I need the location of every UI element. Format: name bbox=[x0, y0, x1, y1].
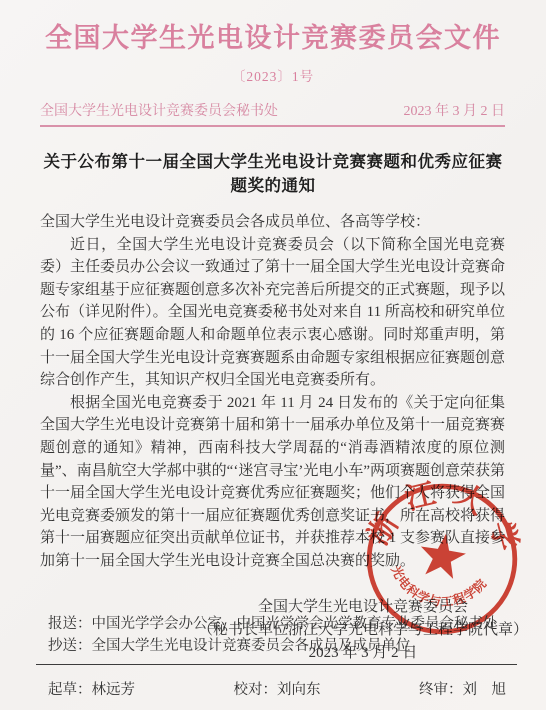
document-title: 全国大学生光电设计竞赛委员会文件 bbox=[0, 16, 546, 55]
issuer-row: 全国大学生光电设计竞赛委员会秘书处 2023 年 3 月 2 日 bbox=[40, 100, 505, 127]
issuer-name: 全国大学生光电设计竞赛委员会秘书处 bbox=[40, 100, 278, 120]
footer-credits: 起草：林远芳 校对：刘向东 终审：刘 旭 bbox=[40, 678, 512, 699]
document-page: 全国大学生光电设计竞赛委员会文件 〔2023〕1号 全国大学生光电设计竞赛委员会… bbox=[0, 0, 546, 710]
proofreader: 校对：刘向东 bbox=[234, 678, 321, 699]
document-number: 〔2023〕1号 bbox=[0, 65, 546, 85]
salutation-line: 全国大学生光电设计竞赛委员会各成员单位、各高等学校： bbox=[40, 211, 505, 234]
notice-title: 关于公布第十一届全国大学生光电设计竞赛赛题和优秀应征赛题奖的通知 bbox=[38, 148, 508, 196]
body-paragraph: 根据全国光电竞赛委于 2021 年 11 月 24 日发布的《关于定向征集全国大… bbox=[40, 392, 505, 573]
document-header: 全国大学生光电设计竞赛委员会文件 〔2023〕1号 全国大学生光电设计竞赛委员会… bbox=[0, 0, 546, 127]
report-value: 中国光学学会办公室，中国光学学会光学教育专业委员会秘书处 bbox=[92, 616, 498, 632]
report-line: 报送：中国光学学会办公室，中国光学学会光学教育专业委员会秘书处 bbox=[40, 613, 512, 635]
final-reviewer: 终审：刘 旭 bbox=[419, 678, 506, 699]
footer-divider bbox=[36, 664, 517, 665]
issue-date: 2023 年 3 月 2 日 bbox=[404, 100, 506, 120]
cc-value: 全国大学生光电设计竞赛委员会各成员及成员单位 bbox=[92, 638, 411, 654]
cc-line: 抄送：全国大学生光电设计竞赛委员会各成员及成员单位 bbox=[40, 635, 512, 657]
drafter: 起草：林远芳 bbox=[48, 678, 135, 699]
document-footer: 报送：中国光学学会办公室，中国光学学会光学教育专业委员会秘书处 抄送：全国大学生… bbox=[40, 613, 512, 699]
report-label: 报送： bbox=[48, 616, 92, 632]
cc-label: 抄送： bbox=[48, 638, 92, 654]
body-paragraph: 近日，全国大学生光电设计竞赛委员会（以下简称全国光电竞赛委）主任委员办公会议一致… bbox=[40, 234, 505, 392]
notice-body: 全国大学生光电设计竞赛委员会各成员单位、各高等学校： 近日，全国大学生光电设计竞… bbox=[40, 211, 505, 573]
